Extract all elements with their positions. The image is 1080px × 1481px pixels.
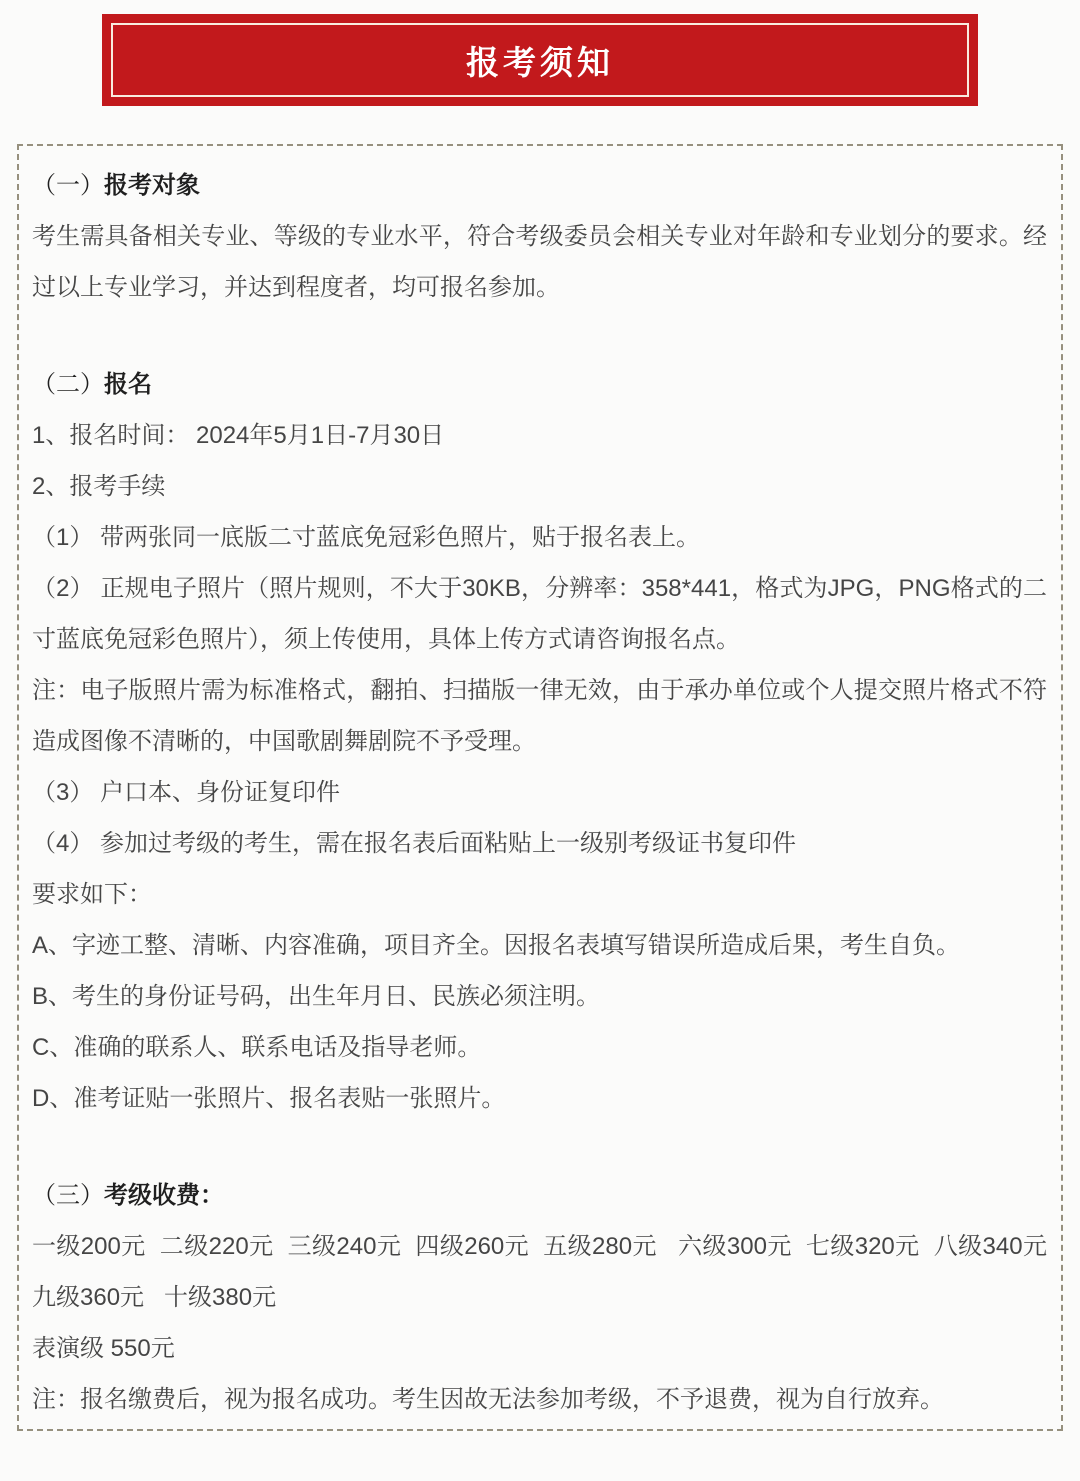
section-heading-applicants: （一）报考对象 <box>32 160 1047 211</box>
section-number: （三） <box>32 1182 104 1209</box>
paragraph: （3） 户口本、身份证复印件 <box>32 767 1047 818</box>
notice-content: （一）报考对象 考生需具备相关专业、等级的专业水平，符合考级委员会相关专业对年龄… <box>17 144 1063 1431</box>
section-title: 考级收费： <box>104 1182 224 1209</box>
notice-page: 报考须知 （一）报考对象 考生需具备相关专业、等级的专业水平，符合考级委员会相关… <box>0 0 1080 1481</box>
paragraph: 2、报考手续 <box>32 461 1047 512</box>
section-title: 报名 <box>104 371 152 398</box>
requirement-item: C、准确的联系人、联系电话及指导老师。 <box>32 1022 1047 1073</box>
paragraph: （1） 带两张同一底版二寸蓝底免冠彩色照片，贴于报名表上。 <box>32 512 1047 563</box>
page-title: 报考须知 <box>466 37 614 84</box>
paragraph: （4） 参加过考级的考生，需在报名表后面粘贴上一级别考级证书复印件 <box>32 818 1047 869</box>
notice-banner: 报考须知 <box>102 14 978 106</box>
section-number: （一） <box>32 172 104 199</box>
fee-note: 注：报名缴费后，视为报名成功。考生因故无法参加考级，不予退费，视为自行放弃。 <box>32 1374 1047 1425</box>
requirement-item: B、考生的身份证号码，出生年月日、民族必须注明。 <box>32 971 1047 1022</box>
paragraph: 考生需具备相关专业、等级的专业水平，符合考级委员会相关专业对年龄和专业划分的要求… <box>32 211 1047 313</box>
fee-performance-level: 表演级 550元 <box>32 1323 1047 1374</box>
requirement-item: D、准考证贴一张照片、报名表贴一张照片。 <box>32 1073 1047 1124</box>
section-title: 报考对象 <box>104 172 200 199</box>
requirements-label: 要求如下： <box>32 869 1047 920</box>
section-heading-fees: （三）考级收费： <box>32 1170 1047 1221</box>
requirement-item: A、字迹工整、清晰、内容准确，项目齐全。因报名表填写错误所造成后果，考生自负。 <box>32 920 1047 971</box>
fee-list: 一级200元 二级220元 三级240元 四级260元 五级280元 六级300… <box>32 1221 1047 1323</box>
section-heading-registration: （二）报名 <box>32 359 1047 410</box>
banner-inner-frame: 报考须知 <box>111 23 969 97</box>
paragraph: 1、报名时间： 2024年5月1日-7月30日 <box>32 410 1047 461</box>
section-number: （二） <box>32 371 104 398</box>
paragraph: （2） 正规电子照片（照片规则，不大于30KB，分辨率：358*441，格式为J… <box>32 563 1047 665</box>
paragraph: 注：电子版照片需为标准格式，翻拍、扫描版一律无效，由于承办单位或个人提交照片格式… <box>32 665 1047 767</box>
